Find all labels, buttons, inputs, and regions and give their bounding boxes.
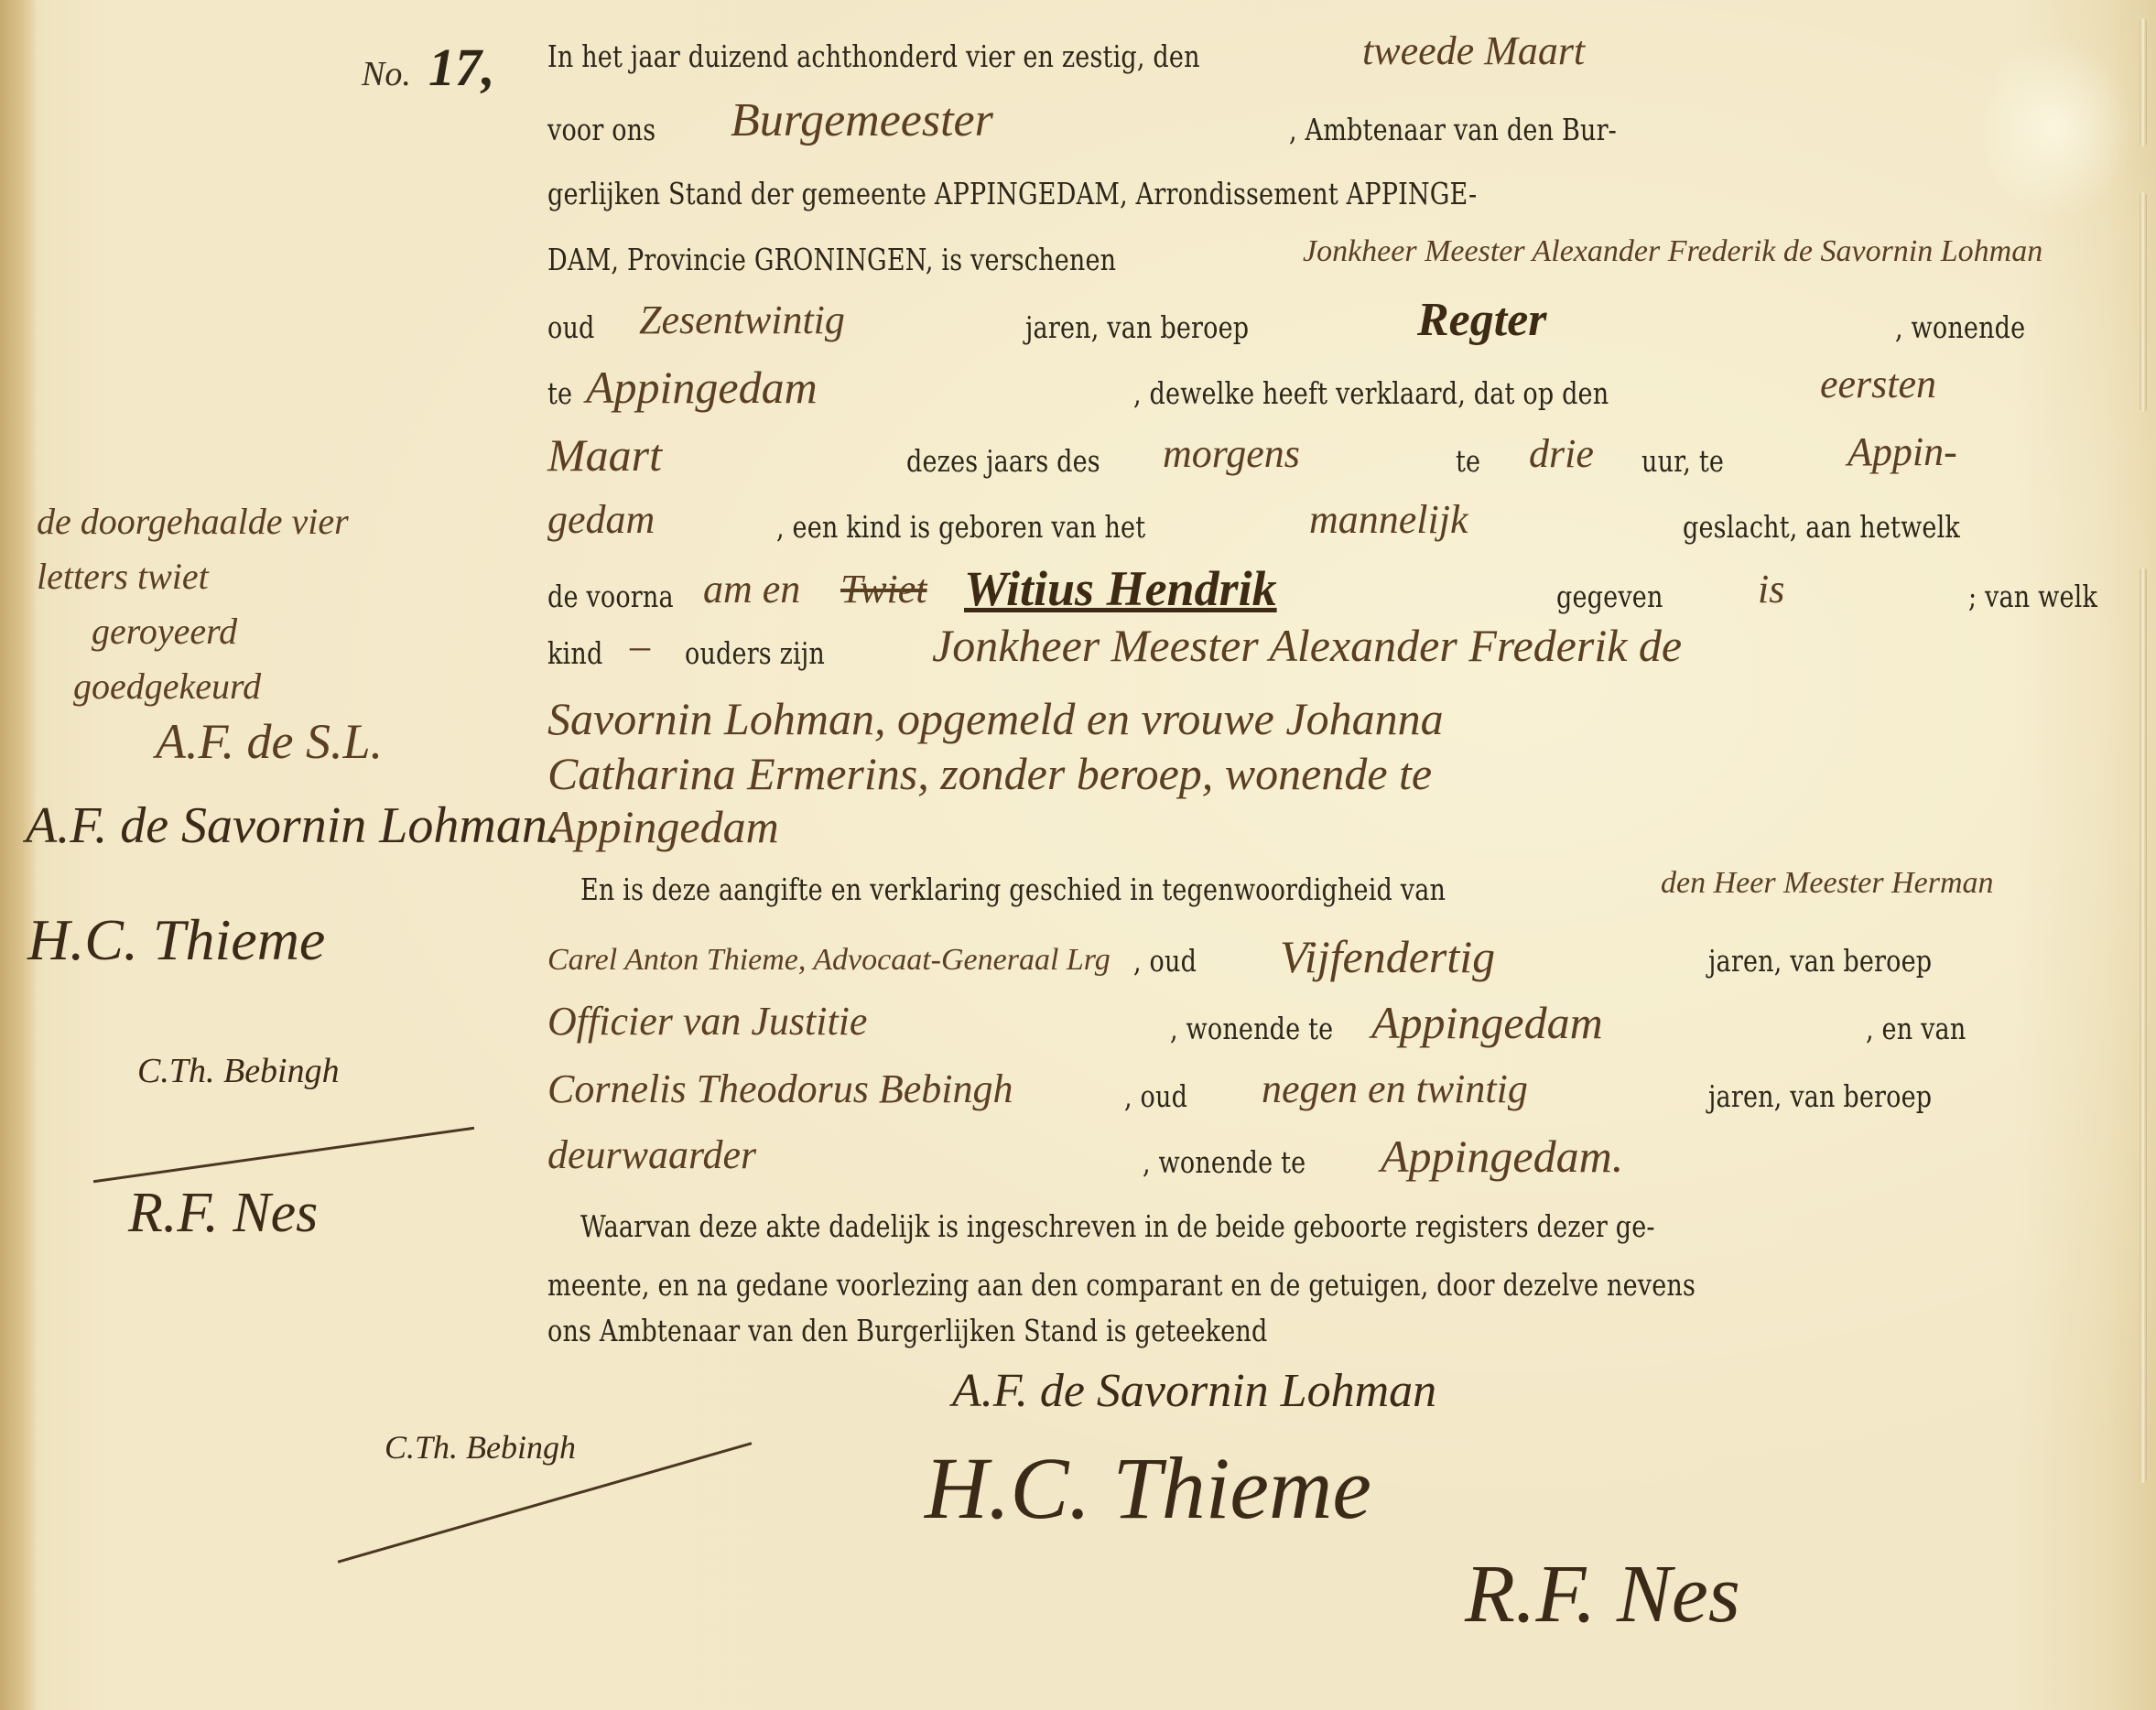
printed-text: jaren, van beroep [1025,309,1249,345]
printed-text: uur, te [1641,443,1724,479]
body-line-19: Waarvan deze akte dadelijk is ingeschrev… [580,1208,1891,1244]
margin-initials: A.F. de S.L. [37,714,513,769]
body-line-14: En is deze aangifte en verklaring geschi… [580,871,1636,907]
handwritten-official-title: Burgemeester [731,93,993,147]
handwritten-residence: Appingedam [547,800,779,853]
printed-text: ouders zijn [685,635,825,671]
printed-text: , dewelke heeft verklaard, dat op den [1133,375,1609,411]
entry-number: No. 17, [362,37,494,98]
handwritten-date: tweede Maart [1362,27,1585,74]
handwritten-hour: drie [1529,430,1594,477]
handwritten-text: am en [703,566,800,612]
printed-text: , Ambtenaar van den Bur- [1289,112,1617,147]
signature-flourish [93,1127,474,1183]
printed-text: geslacht, aan hetwelk [1683,509,1960,545]
handwritten-parents: Savornin Lohman, opgemeld en vrouwe Joha… [547,692,1444,745]
page-edge-mid [2140,192,2147,412]
printed-text: , oud [1124,1078,1187,1114]
handwritten-residence: Appingedam [1371,996,1603,1049]
margin-signature-bebingh: C.Th. Bebingh [137,1051,340,1091]
body-line-9: de voorna am en Twiet Witius Hendrik geg… [547,579,701,614]
printed-text: gerlijken Stand der gemeente APPINGEDAM,… [547,176,1477,211]
handwritten-time-of-day: morgens [1163,430,1300,477]
page-edge-top [2140,18,2147,146]
printed-text: te [1456,443,1480,479]
handwritten-place: Appin- [1847,428,1957,475]
margin-signature-lohman: A.F. de Savornin Lohman. [26,796,560,855]
body-line-12: Catharina Ermerins, zonder beroep, wonen… [547,747,1432,800]
printed-text: oud [547,309,595,345]
handwritten-declarant-name: Jonkheer Meester Alexander Frederik de S… [1303,234,2042,269]
handwritten-profession: Regter [1417,293,1547,347]
printed-text: jaren, van beroep [1708,1078,1932,1114]
handwritten-witness-2: Cornelis Theodorus Bebingh [547,1066,1013,1112]
handwritten-witness-1-age: Vijfendertig [1280,930,1495,983]
printed-text: , wonende te [1170,1011,1333,1046]
handwritten-witness-1: den Heer Meester Herman [1661,866,1994,901]
handwritten-struck-text: Twiet [840,566,927,612]
handwritten-witness-2-profession: deurwaarder [547,1131,756,1178]
printed-text: de voorna [547,579,674,614]
printed-text: , een kind is geboren van het [776,509,1145,545]
printed-text: DAM, Provincie GRONINGEN, is verschenen [547,242,1116,277]
printed-text: kind [547,635,602,671]
body-line-21: ons Ambtenaar van den Burgerlijken Stand… [547,1313,1425,1348]
handwritten-mother-name: Catharina Ermerins, zonder beroep, wonen… [547,747,1432,800]
margin-signature-thieme: H.C. Thieme [27,906,325,974]
printed-text: En is deze aangifte en verklaring geschi… [580,871,1446,907]
body-line-5: oud Zesentwintig jaren, van beroep Regte… [547,309,605,345]
printed-text: , wonende [1895,309,2025,345]
body-line-10: kind – ouders zijn Jonkheer Meester Alex… [547,635,615,671]
handwritten-text: is [1758,566,1784,612]
printed-text: meente, en na gedane voorlezing aan den … [547,1267,1696,1303]
margin-note-line: de doorgehaalde vier [37,494,513,549]
document-page: No. 17, In het jaar duizend achthonderd … [0,0,2156,1710]
printed-text: ; van welk [1968,579,2097,614]
handwritten-sex: mannelijk [1309,496,1468,543]
body-line-1: In het jaar duizend achthonderd vier en … [547,38,1343,74]
body-line-6: te Appingedam , dewelke heeft verklaard,… [547,375,578,411]
margin-note-line: goedgekeurd [37,659,513,714]
printed-text: , wonende te [1143,1144,1306,1180]
printed-text: jaren, van beroep [1708,943,1932,979]
margin-signature-nes: R.F. Nes [128,1181,318,1246]
handwritten-child-name: Witius Hendrik [964,560,1277,617]
handwritten-witness-2-age: negen en twintig [1262,1066,1528,1112]
body-line-15: Carel Anton Thieme, Advocaat-Generaal Lr… [547,943,1111,978]
printed-text: gegeven [1556,579,1663,614]
binding-edge [0,0,37,1710]
handwritten-month: Maart [547,428,662,482]
printed-text: voor ons [547,112,655,147]
printed-text: dezes jaars des [906,443,1100,479]
handwritten-witness-1-cont: Carel Anton Thieme, Advocaat-Generaal Lr… [547,943,1111,978]
margin-note-line: geroyeerd [37,604,513,659]
body-line-13: Appingedam [547,800,779,853]
handwritten-residence: Appingedam. [1381,1130,1623,1183]
signature-witness-1: H.C. Thieme [925,1437,1371,1539]
margin-note-line: letters twiet [37,549,513,604]
signature-witness-2: C.Th. Bebingh [385,1428,576,1466]
margin-annotation: de doorgehaalde vier letters twiet geroy… [37,494,513,769]
body-line-4: DAM, Provincie GRONINGEN, is verschenen … [547,242,1241,277]
printed-text: Waarvan deze akte dadelijk is ingeschrev… [580,1208,1655,1244]
entry-number-value: 17, [428,38,495,97]
body-line-2: voor ons Burgemeester , Ambtenaar van de… [547,112,679,147]
signature-registrar: R.F. Nes [1465,1547,1740,1641]
handwritten-birth-day: eersten [1820,361,1936,407]
handwritten-age: Zesentwintig [639,297,845,343]
handwritten-witness-1-profession: Officier van Justitie [547,998,867,1044]
printed-text: , en van [1866,1011,1966,1046]
signature-declarant: A.F. de Savornin Lohman [952,1364,1436,1418]
printed-text: In het jaar duizend achthonderd vier en … [547,38,1200,74]
embossed-seal [1977,37,2133,220]
handwritten-father-name: Jonkheer Meester Alexander Frederik de [932,619,1682,672]
entry-number-label: No. [362,55,411,93]
body-line-11: Savornin Lohman, opgemeld en vrouwe Joha… [547,692,1444,745]
printed-text: , oud [1133,943,1197,979]
handwritten-residence: Appingedam [586,361,818,414]
printed-text: ons Ambtenaar van den Burgerlijken Stand… [547,1313,1267,1348]
body-line-20: meente, en na gedane voorlezing aan den … [547,1267,1947,1303]
body-line-3: gerlijken Stand der gemeente APPINGEDAM,… [547,176,1681,211]
handwritten-dash: – [630,622,650,669]
page-edge-lower [2140,568,2147,1483]
printed-text: te [547,375,572,411]
handwritten-place-cont: gedam [547,496,655,543]
